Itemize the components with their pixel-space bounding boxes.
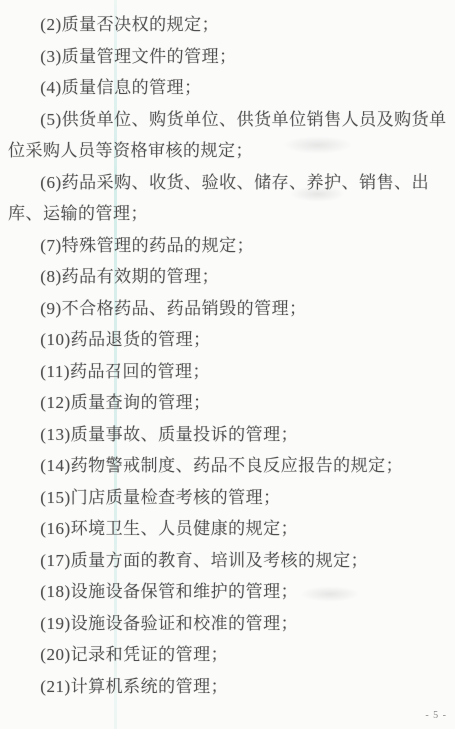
- document-body: (2)质量否决权的规定； (3)质量管理文件的管理； (4)质量信息的管理； (…: [8, 9, 450, 702]
- list-item: (5)供货单位、购货单位、供货单位销售人员及购货单位采购人员等资格审核的规定；: [8, 104, 450, 167]
- list-item: (21)计算机系统的管理；: [8, 671, 450, 703]
- list-item: (13)质量事故、质量投诉的管理；: [8, 419, 450, 451]
- list-item: (7)特殊管理的药品的规定；: [8, 230, 450, 262]
- list-item: (14)药物警戒制度、药品不良反应报告的规定；: [8, 450, 450, 482]
- list-item: (16)环境卫生、人员健康的规定；: [8, 513, 450, 545]
- list-item: (18)设施设备保管和维护的管理；: [8, 576, 450, 608]
- list-item: (6)药品采购、收货、验收、储存、养护、销售、出库、运输的管理；: [8, 167, 450, 230]
- list-item: (2)质量否决权的规定；: [8, 9, 450, 41]
- list-item: (19)设施设备验证和校准的管理；: [8, 608, 450, 640]
- list-item: (20)记录和凭证的管理；: [8, 639, 450, 671]
- list-item: (8)药品有效期的管理；: [8, 261, 450, 293]
- list-item: (15)门店质量检查考核的管理；: [8, 482, 450, 514]
- document-page: (2)质量否决权的规定； (3)质量管理文件的管理； (4)质量信息的管理； (…: [0, 0, 455, 729]
- list-item: (9)不合格药品、药品销毁的管理；: [8, 293, 450, 325]
- list-item: (12)质量查询的管理；: [8, 387, 450, 419]
- list-item: (17)质量方面的教育、培训及考核的规定；: [8, 545, 450, 577]
- list-item: (3)质量管理文件的管理；: [8, 41, 450, 73]
- list-item: (10)药品退货的管理；: [8, 324, 450, 356]
- list-item: (4)质量信息的管理；: [8, 72, 450, 104]
- page-number: - 5 -: [425, 710, 447, 721]
- list-item: (11)药品召回的管理；: [8, 356, 450, 388]
